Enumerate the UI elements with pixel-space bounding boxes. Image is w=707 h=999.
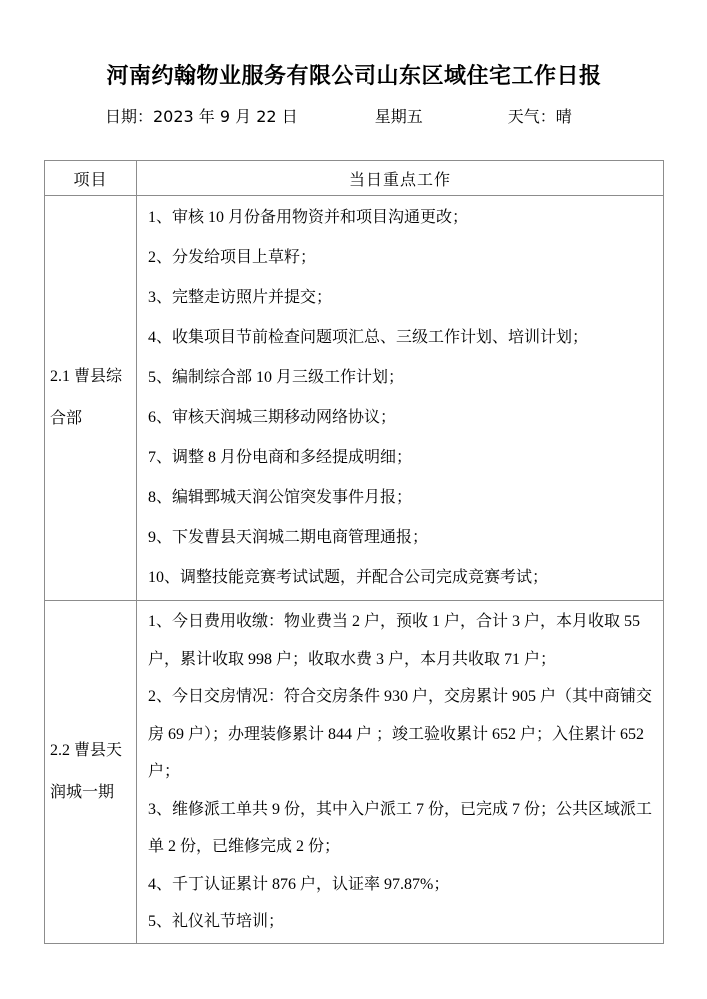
work-item: 3、维修派工单共 9 份，其中入户派工 7 份，已完成 7 份；公共区域派工单 …: [148, 791, 655, 866]
work-item: 1、今日费用收缴：物业费当 2 户，预收 1 户，合计 3 户，本月收取 55 …: [148, 603, 655, 678]
column-header-project: 项目: [45, 161, 137, 196]
work-item: 10、调整技能竞赛考试试题，并配合公司完成竞赛考试；: [148, 558, 655, 598]
column-header-work: 当日重点工作: [137, 161, 664, 196]
work-items-cell: 1、今日费用收缴：物业费当 2 户，预收 1 户，合计 3 户，本月收取 55 …: [137, 601, 664, 944]
work-item: 9、下发曹县天润城二期电商管理通报；: [148, 518, 655, 558]
work-item: 2、今日交房情况：符合交房条件 930 户，交房累计 905 户（其中商铺交房 …: [148, 678, 655, 791]
report-table: 项目 当日重点工作 2.1 曹县综合部 1、审核 10 月份备用物资并和项目沟通…: [44, 160, 664, 944]
weather-label: 天气：晴: [508, 105, 572, 129]
project-cell: 2.2 曹县天润城一期: [45, 601, 137, 944]
weekday-label: 星期五: [375, 105, 423, 129]
work-item: 5、礼仪礼节培训；: [148, 903, 655, 941]
date-label: 日期：2023 年 9 月 22 日: [105, 105, 298, 129]
work-items-cell: 1、审核 10 月份备用物资并和项目沟通更改； 2、分发给项目上草籽； 3、完整…: [137, 196, 664, 601]
date-line: 日期：2023 年 9 月 22 日 星期五 天气：晴: [105, 105, 664, 129]
page-title: 河南约翰物业服务有限公司山东区域住宅工作日报: [44, 62, 664, 92]
work-item: 4、千丁认证累计 876 户，认证率 97.87%；: [148, 866, 655, 904]
work-item: 1、审核 10 月份备用物资并和项目沟通更改；: [148, 198, 655, 238]
work-item: 2、分发给项目上草籽；: [148, 238, 655, 278]
table-row: 2.2 曹县天润城一期 1、今日费用收缴：物业费当 2 户，预收 1 户，合计 …: [45, 601, 664, 944]
work-item: 6、审核天润城三期移动网络协议；: [148, 398, 655, 438]
work-item: 8、编辑鄄城天润公馆突发事件月报；: [148, 478, 655, 518]
work-item: 4、收集项目节前检查问题项汇总、三级工作计划、培训计划；: [148, 318, 655, 358]
table-row: 2.1 曹县综合部 1、审核 10 月份备用物资并和项目沟通更改； 2、分发给项…: [45, 196, 664, 601]
header-row: 项目 当日重点工作: [45, 161, 664, 196]
work-item: 7、调整 8 月份电商和多经提成明细；: [148, 438, 655, 478]
project-cell: 2.1 曹县综合部: [45, 196, 137, 601]
document-page: 河南约翰物业服务有限公司山东区域住宅工作日报 日期：2023 年 9 月 22 …: [0, 0, 707, 999]
work-item: 3、完整走访照片并提交；: [148, 278, 655, 318]
work-item: 5、编制综合部 10 月三级工作计划；: [148, 358, 655, 398]
